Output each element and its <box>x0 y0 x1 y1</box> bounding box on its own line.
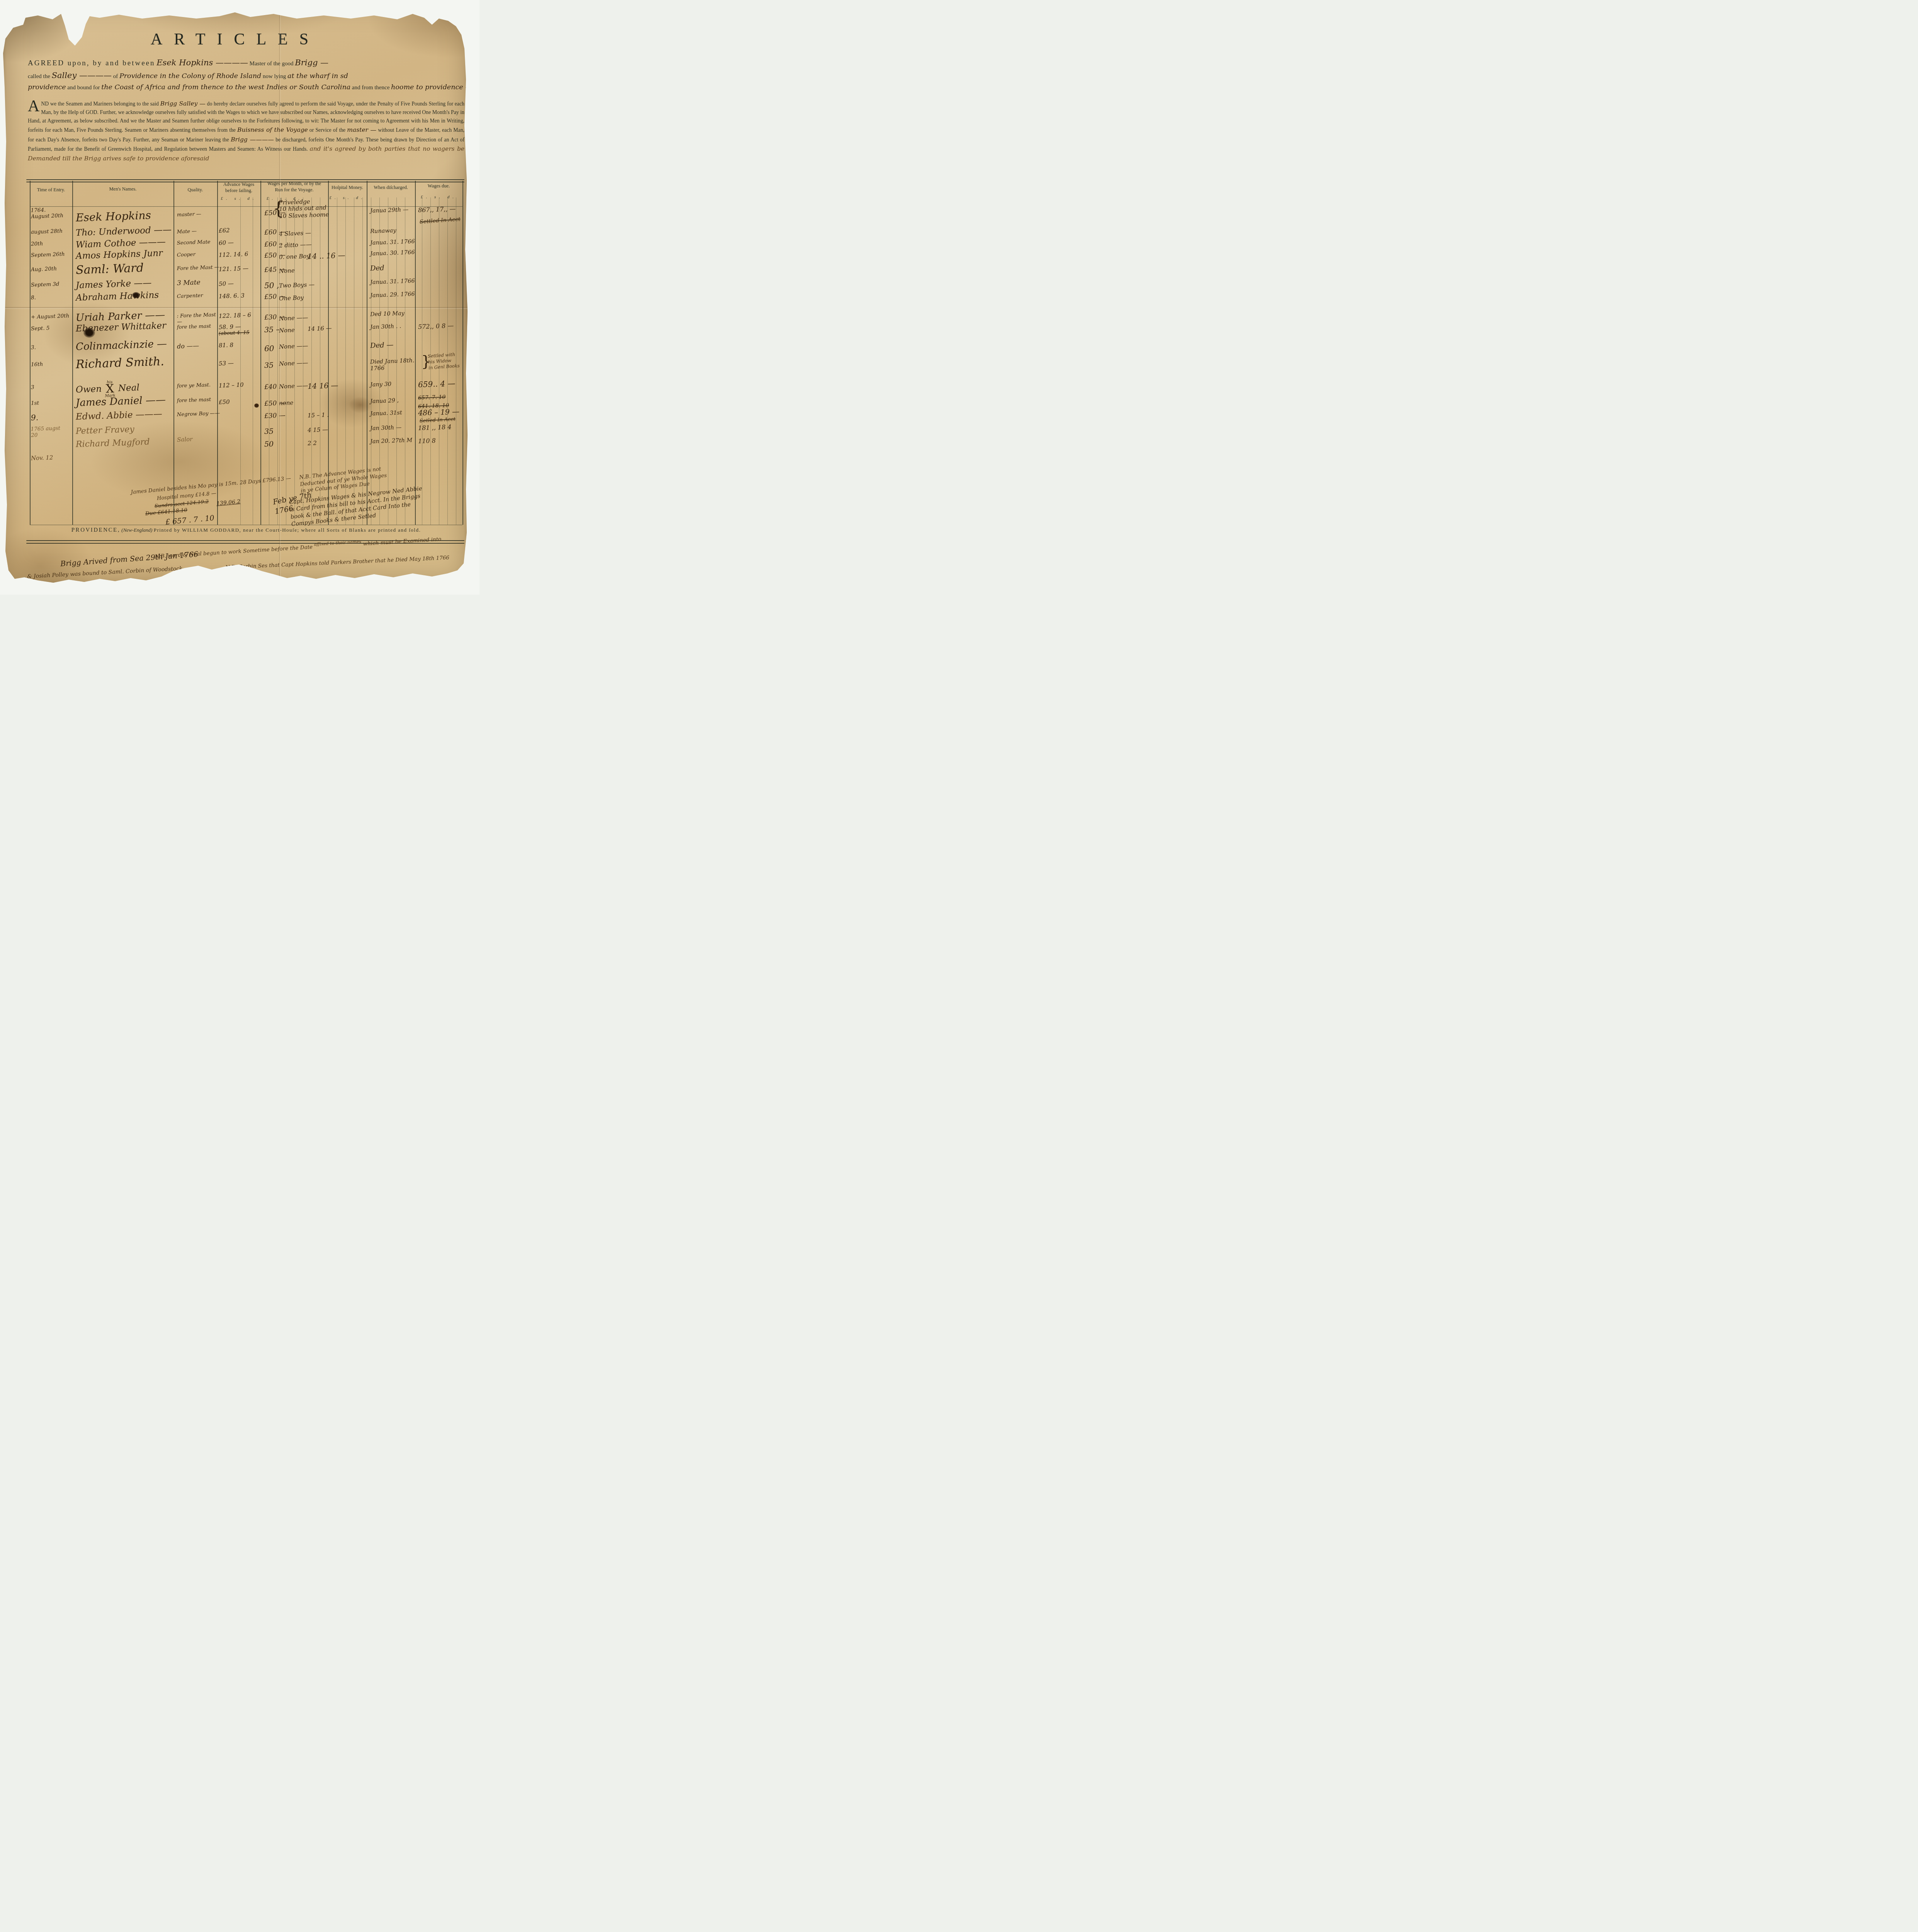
crew-quality: Second Mate <box>177 239 220 247</box>
header-advance-wages: Advance Wages before ſailing. <box>217 182 260 194</box>
crew-quality: 3 Mate <box>177 278 221 287</box>
ledger-sub-rule <box>379 197 380 525</box>
ledger-sub-rule <box>371 197 371 525</box>
column-rule <box>260 181 261 525</box>
fold-crease <box>279 2 281 583</box>
imprint-printer: Printed by WILLIAM GODDARD, near the Cou… <box>154 527 421 533</box>
ledger-sub-rule <box>362 197 363 525</box>
privilege-note: None <box>279 266 333 275</box>
wages-due: 110 8 <box>418 436 467 445</box>
column-rule <box>217 181 218 525</box>
handwritten-vessel-name: Salley ———— <box>52 71 112 80</box>
entry-date: + August 20th <box>31 313 72 320</box>
discharged-date: Ded <box>370 263 421 273</box>
printed-text: Master of the good <box>250 61 294 67</box>
entry-date: Septem 26th <box>31 251 72 259</box>
header-mens-names: Men's Names. <box>72 186 173 192</box>
crew-name-last: Neal <box>118 383 140 393</box>
header-lsd-advance: £. s. d. <box>217 196 260 201</box>
discharged-date: Janua. 31. 1766 <box>370 238 421 247</box>
entry-date: 1765 augst 20 <box>31 425 72 439</box>
footnote-polley: & Josiah Polley was bound to Saml. Corbi… <box>27 565 183 580</box>
column-rule <box>30 181 31 525</box>
crew-quality: Salor <box>177 435 221 443</box>
opening-line-1: AGREED upon, by and between Esek Hopkins… <box>28 58 464 71</box>
entry-date: 8. <box>31 294 72 301</box>
ledger-sub-rule <box>311 197 312 525</box>
crew-name: Abraham Hawkins <box>76 289 188 303</box>
daniel-subtotal: 139.06.2 <box>216 498 241 507</box>
printed-text: or Service of the <box>309 127 345 133</box>
hospital-money: 2 2 <box>308 439 358 447</box>
entry-date: Nov. 12 <box>31 454 72 462</box>
imprint-top-rule <box>30 525 462 525</box>
ledger-sub-rule <box>447 197 448 525</box>
entry-date: 9. <box>31 412 72 422</box>
smith-widow-note: Settled with his Widow in Genl Books <box>428 351 460 371</box>
opening-clause: AGREED upon, by and between Esek Hopkins… <box>28 58 464 96</box>
handwritten-voyage: the Coast of Africa and from thence to t… <box>101 83 350 91</box>
hospital-money: 14 .. 16 — <box>308 251 358 261</box>
header-quality: Quality. <box>173 187 217 193</box>
handwritten-return: hoome to providence ——— <box>391 83 479 91</box>
opening-line-3: providence and bound for the Coast of Af… <box>28 83 464 96</box>
crew-name: Edwd. Abbie ——— <box>76 408 188 422</box>
ledger-sub-rule <box>354 197 354 525</box>
privilege-note: One Boy <box>279 294 333 302</box>
column-rule <box>462 181 463 525</box>
crew-quality: do —— <box>177 342 221 350</box>
ledger-sub-rule <box>240 197 241 525</box>
privilege-note: None —— <box>279 342 333 350</box>
crew-quality: Fore the Mast — <box>177 265 220 272</box>
crew-name: Colinmackinzie — <box>76 338 188 353</box>
crew-quality: Negrow Boy —— <box>177 411 220 418</box>
ledger-sub-rule <box>294 197 295 525</box>
crew-quality: fore the mast <box>177 397 220 404</box>
wages-month: 50 <box>264 440 289 449</box>
wages-due: 659.. 4 — <box>418 379 467 389</box>
wages-month: 35 <box>264 427 289 436</box>
ledger-sub-rule <box>269 197 269 525</box>
crew-quality: Cooper <box>177 251 220 259</box>
column-rule <box>72 181 73 525</box>
handwritten-business: Buisness of the Voyage <box>237 126 308 133</box>
crew-quality: master — <box>177 211 220 218</box>
ledger-sub-rule <box>439 197 439 525</box>
imprint-region: (New-England) <box>121 527 152 533</box>
hospital-money: 14 16 — <box>308 381 358 391</box>
ledger-sub-rule <box>303 197 303 525</box>
handwritten-master-ref: master — <box>347 126 376 133</box>
crew-name: Richard Mugford <box>76 436 188 449</box>
mark-x: X <box>105 384 114 394</box>
stain <box>349 396 372 413</box>
column-rule <box>367 181 367 525</box>
settled-note: Settled In Acct <box>419 216 461 226</box>
ledger-sub-rule <box>345 197 346 525</box>
privilege-note: 4 Slaves — <box>279 229 333 238</box>
ledger-sub-rule <box>277 197 278 525</box>
handwritten-vessel-type: Brigg — <box>295 58 328 67</box>
discharged-date: Ded — <box>370 340 421 350</box>
crew-name: Petter Fravey <box>76 423 188 436</box>
handwritten-location: at the wharf in sd <box>287 72 348 80</box>
ink-blot <box>254 403 259 408</box>
privilege-note: None —— <box>279 314 333 322</box>
ledger-sub-rule <box>430 197 431 525</box>
entry-date: Aug. 20th <box>31 265 72 273</box>
table-top-rule <box>26 179 464 180</box>
privilege-note: none <box>279 398 333 407</box>
handwritten-vessel-ref: Brigg Salley — <box>160 100 206 107</box>
discharged-date: Janua. 30. 1766 <box>370 249 421 257</box>
discharged-date: Jan 20. 27th M <box>370 437 421 445</box>
ledger-sub-rule <box>396 197 397 525</box>
ledger-sub-rule <box>320 197 320 525</box>
header-when-discharged: When diſcharged. <box>367 185 415 191</box>
wages-due: 181 ,, 18 4 <box>418 423 467 432</box>
entry-date: 1764. August 20th <box>31 206 72 220</box>
header-lsd-hospital: £. s. d. <box>328 196 367 200</box>
hospital-money: 4 15 — <box>308 425 358 434</box>
his-mark: hisXMark <box>104 380 116 398</box>
footnote-word-neal-b: which must be Examined into <box>363 536 442 547</box>
privilege-note: None —— <box>279 359 333 367</box>
ink-blot <box>132 292 140 298</box>
crew-name: Tho: Underwood —— <box>76 224 188 238</box>
column-rule <box>173 181 174 525</box>
entry-date: 16th <box>31 361 72 368</box>
crew-name: Richard Smith. <box>75 354 188 372</box>
handwritten-master-name: Esek Hopkins ———— <box>156 58 248 67</box>
crew-quality: fore the mast <box>177 323 220 331</box>
discharged-date: Jan 30th . . <box>370 323 421 331</box>
column-rule <box>328 181 329 525</box>
crew-quality: Mate — <box>177 228 220 235</box>
ledger-sub-rule <box>456 197 456 525</box>
discharged-date: Janua 29 , <box>370 397 421 405</box>
entry-date: 3. <box>31 344 72 351</box>
document-paper: ARTICLES AGREED upon, by and between Ese… <box>3 2 468 583</box>
scanner-background: ARTICLES AGREED upon, by and between Ese… <box>0 0 479 595</box>
entry-date: 20th <box>31 240 72 247</box>
ledger-sub-rule <box>405 197 405 525</box>
column-rule <box>415 181 416 525</box>
discharged-date: Janua. 31. 1766 <box>370 278 421 286</box>
discharged-date: Janua 29th — <box>370 206 421 214</box>
crew-name: Saml: Ward <box>75 260 188 277</box>
document-title: ARTICLES <box>3 30 468 49</box>
ledger-sub-rule <box>422 197 422 525</box>
entry-date: august 28th <box>31 228 72 235</box>
printer-imprint: PROVIDENCE, (New-England) Printed by WIL… <box>30 527 462 534</box>
handwritten-vessel-ref-2: Brigg ———— <box>231 136 274 143</box>
privilege-note: Priveledge 10 hhds out and 10 Slaves hoo… <box>279 198 333 220</box>
ledger-sub-rule <box>253 197 253 525</box>
hospital-money: 15 – 1 . <box>308 411 358 419</box>
header-hospital-money: Hoſpital Money. <box>328 185 367 191</box>
discharged-date: Janua. 31st <box>370 409 421 417</box>
ledger-sub-rule <box>388 197 388 525</box>
entry-date: 1st <box>31 399 72 406</box>
wages-month: £30 — <box>264 412 289 420</box>
crew-name: James Yorke —— <box>76 277 188 291</box>
discharged-date: Runaway <box>370 227 421 235</box>
imprint-city: PROVIDENCE, <box>71 527 120 533</box>
printed-text: and bound for <box>67 85 100 91</box>
handwritten-port: Providence in the Colony of Rhode Island <box>119 72 261 80</box>
ledger-sub-rule <box>286 197 286 525</box>
entry-date: 3 <box>31 383 72 391</box>
printed-text: of <box>113 73 118 80</box>
crew-name: Esek Hopkins <box>76 208 188 224</box>
wages-due: 572,, 0 8 — <box>418 322 467 331</box>
handwritten-location-2: providence <box>28 83 66 91</box>
ink-blot <box>83 328 95 338</box>
privilege-note: Two Boys — <box>279 281 333 289</box>
discharged-date: Died Janu 18th. 1766 <box>370 357 420 372</box>
hospital-money: 14 16 — <box>308 324 358 333</box>
opening-line-2: called the Salley ———— of Providence in … <box>28 71 464 83</box>
footnote-corbin: N.B. Corbin Ses that Capt Hopkins told P… <box>225 554 449 570</box>
wages-due-struck: 657. 7. 10 <box>418 393 466 401</box>
ledger-sub-rule <box>337 197 337 525</box>
crew-name-first: Owen <box>76 384 102 395</box>
entry-date: Septem 3d <box>31 281 72 288</box>
printed-text: AND we the Seamen and Mariners belonging… <box>41 101 159 107</box>
entry-date: Sept. 5 <box>31 325 72 332</box>
discharged-date: Jan 30th — <box>370 424 421 432</box>
printed-text: now lying <box>263 73 286 80</box>
privilege-note: 2 ditto —— <box>279 241 333 249</box>
agreement-paragraph: AND we the Seamen and Mariners belonging… <box>28 99 464 163</box>
crew-quality: fore ye Mast. <box>177 382 220 389</box>
printed-text: called the <box>28 73 50 80</box>
printed-text: and from thence <box>352 85 389 91</box>
header-time-of-entry: Time of Entry. <box>30 187 72 193</box>
discharged-date: Ded 10 May <box>370 310 421 318</box>
discharged-date: Jany 30 <box>370 380 421 388</box>
header-wages-due: Wages due. <box>415 183 462 189</box>
discharged-date: Janua. 29. 1766 <box>370 291 421 299</box>
printed-text: AGREED upon, by and between <box>28 59 155 67</box>
header-wages-per-month: Wages per Month, or by the Run for the V… <box>260 181 328 193</box>
crew-quality: Carpenter <box>177 293 220 300</box>
wages-due: 867,, 17,, — <box>418 205 467 214</box>
wages-due: 486 – 19 — <box>418 408 467 418</box>
